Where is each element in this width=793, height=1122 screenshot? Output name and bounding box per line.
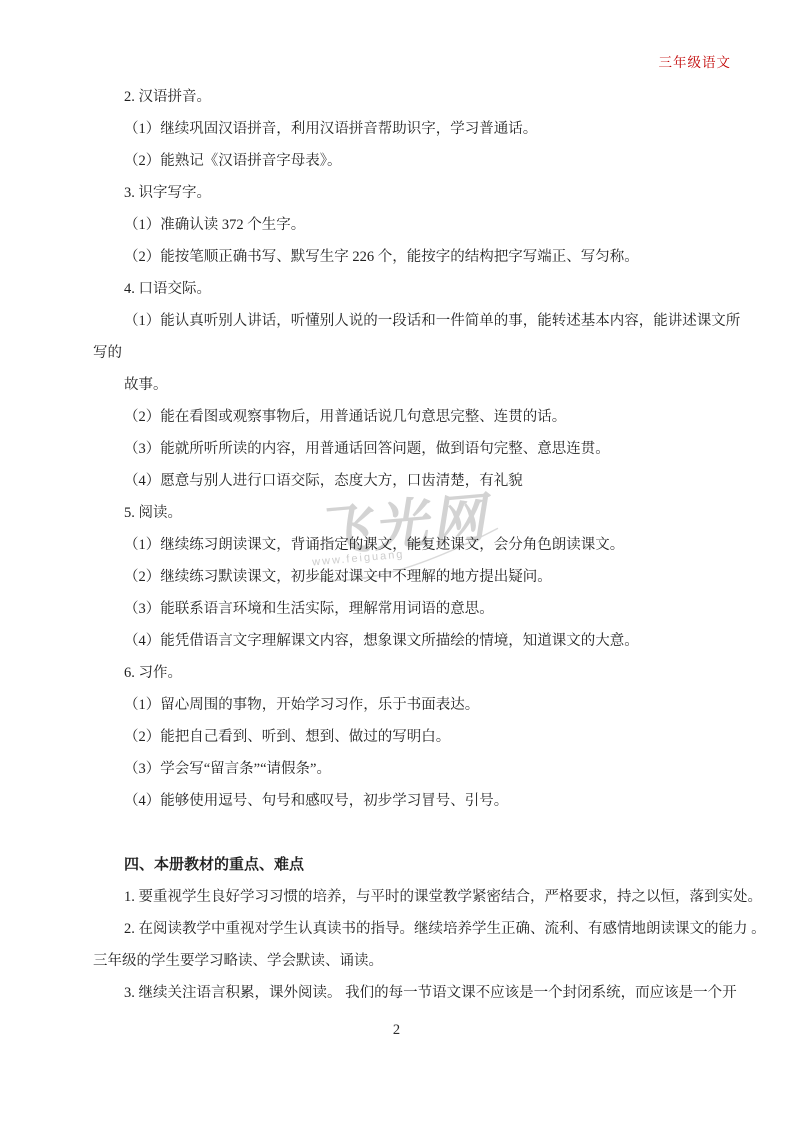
paragraph: （2）能把自己看到、听到、想到、做过的写明白。: [93, 721, 727, 753]
paragraph: （1）继续巩固汉语拼音，利用汉语拼音帮助识字，学习普通话。: [93, 113, 727, 145]
paragraph: （1）准确认读 372 个生字。: [93, 209, 727, 241]
paragraph: 写的: [93, 337, 727, 369]
paragraph: （4）愿意与别人进行口语交际，态度大方，口齿清楚，有礼貌: [93, 465, 727, 497]
paragraph: 6. 习作。: [93, 657, 727, 689]
paragraph: 2. 在阅读教学中重视对学生认真读书的指导。继续培养学生正确、流利、有感情地朗读…: [93, 913, 727, 945]
paragraph: 5. 阅读。: [93, 497, 727, 529]
paragraph: 3. 继续关注语言积累，课外阅读。 我们的每一节语文课不应该是一个封闭系统，而应…: [93, 977, 727, 1009]
paragraph: 2. 汉语拼音。: [93, 81, 727, 113]
paragraph: （4）能够使用逗号、句号和感叹号，初步学习冒号、引号。: [93, 785, 727, 817]
page-header: 三年级语文: [659, 51, 732, 71]
paragraph: （2）能熟记《汉语拼音字母表》。: [93, 145, 727, 177]
paragraph: 四、本册教材的重点、难点: [93, 849, 727, 881]
paragraph: （1）留心周围的事物，开始学习习作，乐于书面表达。: [93, 689, 727, 721]
paragraph: （2）能按笔顺正确书写、默写生字 226 个，能按字的结构把字写端正、写匀称。: [93, 241, 727, 273]
document-page: 三年级语文 飞光网 www.feiguang 2. 汉语拼音。（1）继续巩固汉语…: [0, 0, 793, 1122]
page-number: 2: [0, 1014, 793, 1046]
paragraph: （2）继续练习默读课文，初步能对课文中不理解的地方提出疑问。: [93, 561, 727, 593]
paragraph: 三年级的学生要学习略读、学会默读、诵读。: [93, 945, 727, 977]
paragraph: （3）学会写“留言条”“请假条”。: [93, 753, 727, 785]
paragraph: 4. 口语交际。: [93, 273, 727, 305]
paragraph: 1. 要重视学生良好学习习惯的培养，与平时的课堂教学紧密结合，严格要求，持之以恒…: [93, 881, 727, 913]
paragraph: （3）能就所听所读的内容，用普通话回答问题，做到语句完整、意思连贯。: [93, 433, 727, 465]
paragraph: （3）能联系语言环境和生活实际，理解常用词语的意思。: [93, 593, 727, 625]
paragraph: （2）能在看图或观察事物后，用普通话说几句意思完整、连贯的话。: [93, 401, 727, 433]
paragraph: （4）能凭借语言文字理解课文内容，想象课文所描绘的情境，知道课文的大意。: [93, 625, 727, 657]
paragraph: 故事。: [93, 369, 727, 401]
document-body: 2. 汉语拼音。（1）继续巩固汉语拼音，利用汉语拼音帮助识字，学习普通话。（2）…: [93, 81, 727, 1009]
blank-line: [93, 817, 727, 849]
paragraph: （1）继续练习朗读课文，背诵指定的课文，能复述课文，会分角色朗读课文。: [93, 529, 727, 561]
paragraph: 3. 识字写字。: [93, 177, 727, 209]
paragraph: （1）能认真听别人讲话，听懂别人说的一段话和一件简单的事，能转述基本内容，能讲述…: [93, 305, 727, 337]
